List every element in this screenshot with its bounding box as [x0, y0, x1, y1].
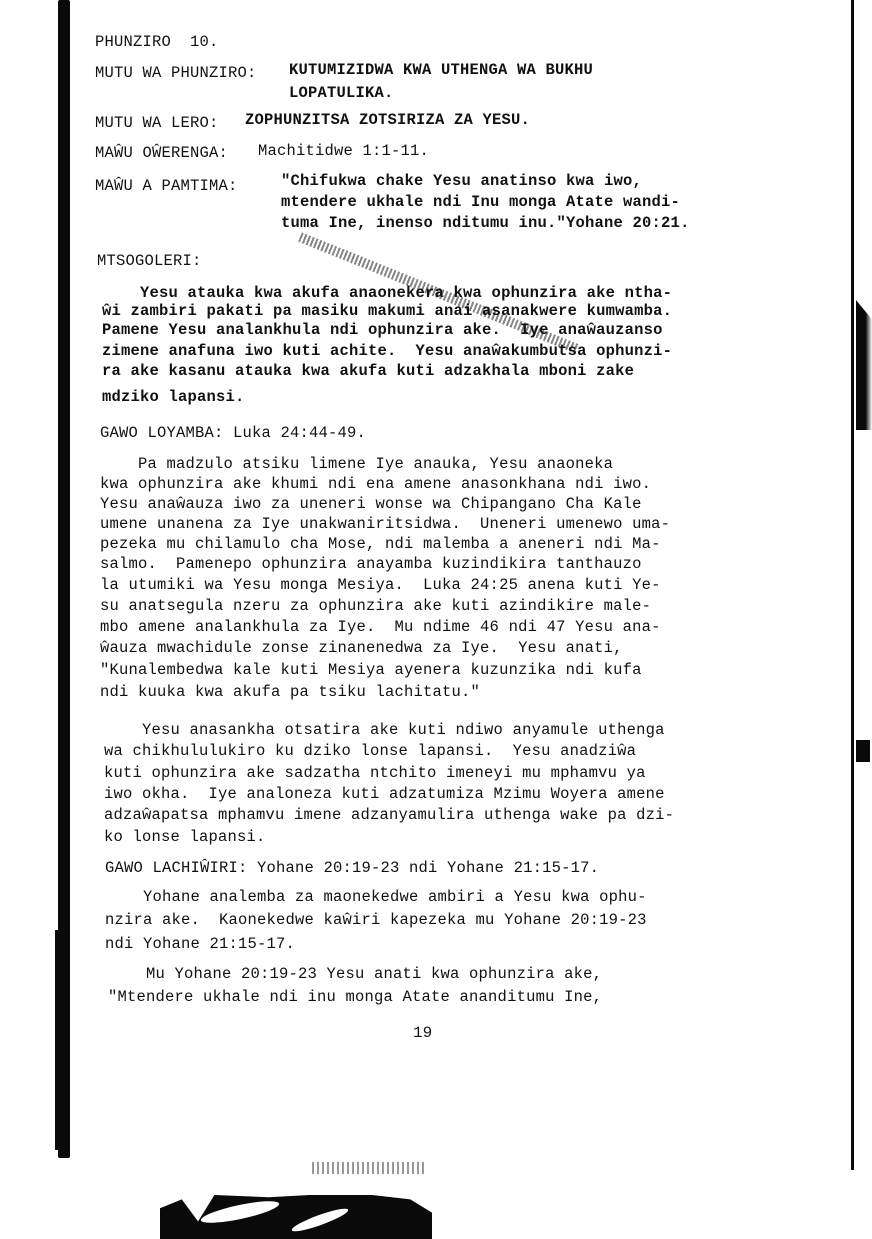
reading-value: Machitidwe 1:1-11. [258, 142, 429, 160]
part-one-line: Yesu anaŵauza iwo za uneneri wonse wa Ch… [100, 495, 642, 513]
scanned-page: PHUNZIRO 10. MUTU WA PHUNZIRO: KUTUMIZID… [0, 0, 872, 1239]
memory-verse-line: tuma Ine, inenso nditumu inu."Yohane 20:… [281, 214, 690, 232]
part-one-line: Yesu anasankha otsatira ake kuti ndiwo a… [104, 721, 665, 739]
scan-scribble-artifact [312, 1162, 424, 1174]
part-two-line: Yohane analemba za maonekedwe ambiri a Y… [105, 888, 647, 906]
introduction-line: Pamene Yesu analankhula ndi ophunzira ak… [102, 321, 663, 339]
page-number: 19 [413, 1024, 432, 1042]
part-one-line: kwa ophunzira ake khumi ndi ena amene an… [100, 475, 651, 493]
part-two-line: Mu Yohane 20:19-23 Yesu anati kwa ophunz… [108, 965, 602, 983]
part-one-line: su anatsegula nzeru za ophunzira ake kut… [100, 597, 651, 615]
introduction-line: ra ake kasanu atauka kwa akufa kuti adza… [102, 362, 634, 380]
part-two-line: "Mtendere ukhale ndi inu monga Atate ana… [108, 988, 602, 1006]
part-one-heading: GAWO LOYAMBA: Luka 24:44-49. [100, 424, 366, 442]
part-one-line: salmo. Pamenepo ophunzira anayamba kuzin… [100, 555, 642, 573]
lesson-topic-label: MUTU WA PHUNZIRO: [95, 64, 257, 82]
introduction-line: ŵi zambiri pakati pa masiku makumi anai … [102, 302, 672, 320]
part-one-line: Pa madzulo atsiku limene Iye anauka, Yes… [100, 455, 613, 473]
part-one-line: umene unanena za Iye unakwaniritsidwa. U… [100, 515, 670, 533]
part-two-heading: GAWO LACHIŴIRI: Yohane 20:19-23 ndi Yoha… [105, 859, 599, 877]
reading-label: MAŴU OŴERENGA: [95, 144, 228, 162]
part-one-line: la utumiki wa Yesu monga Mesiya. Luka 24… [100, 576, 661, 594]
part-one-line: pezeka mu chilamulo cha Mose, ndi malemb… [100, 535, 661, 553]
lesson-topic-line2: LOPATULIKA. [289, 84, 394, 102]
part-one-line: ŵauza mwachidule zonse zinanenedwa za Iy… [100, 639, 623, 657]
scan-bottom-artifact [160, 1195, 432, 1239]
part-one-line: "Kunalembedwa kale kuti Mesiya ayenera k… [100, 661, 642, 679]
part-one-line: ko lonse lapansi. [104, 828, 266, 846]
part-two-line: nzira ake. Kaonekedwe kaŵiri kapezeka mu… [105, 911, 647, 929]
introduction-line: zimene anafuna iwo kuti achite. Yesu ana… [102, 342, 672, 360]
lesson-number: PHUNZIRO 10. [95, 33, 219, 51]
introduction-line: mdziko lapansi. [102, 388, 245, 406]
binding-shadow-left [58, 0, 70, 1158]
page-edge-right [851, 0, 854, 1170]
introduction-heading: MTSOGOLERI: [97, 252, 202, 270]
part-one-line: kuti ophunzira ake sadzatha ntchito imen… [104, 764, 646, 782]
memory-verse-label: MAŴU A PAMTIMA: [95, 177, 238, 195]
part-one-line: ndi kuuka kwa akufa pa tsiku lachitatu." [100, 683, 480, 701]
part-one-line: wa chikhululukiro ku dziko lonse lapansi… [104, 742, 636, 760]
today-topic-value: ZOPHUNZITSA ZOTSIRIZA ZA YESU. [245, 111, 530, 129]
part-two-line: ndi Yohane 21:15-17. [105, 935, 295, 953]
scan-shadow-right [856, 300, 872, 430]
introduction-line: Yesu atauka kwa akufa anaonekera kwa oph… [102, 284, 672, 302]
part-one-line: adzaŵapatsa mphamvu imene adzanyamulira … [104, 806, 674, 824]
part-one-line: mbo amene analankhula za Iye. Mu ndime 4… [100, 618, 661, 636]
today-topic-label: MUTU WA LERO: [95, 114, 219, 132]
scan-shadow-right-small [856, 740, 870, 762]
lesson-topic-line1: KUTUMIZIDWA KWA UTHENGA WA BUKHU [289, 61, 593, 79]
part-one-line: iwo okha. Iye analoneza kuti adzatumiza … [104, 785, 665, 803]
memory-verse-line: "Chifukwa chake Yesu anatinso kwa iwo, [281, 172, 642, 190]
memory-verse-line: mtendere ukhale ndi Inu monga Atate wand… [281, 193, 680, 211]
